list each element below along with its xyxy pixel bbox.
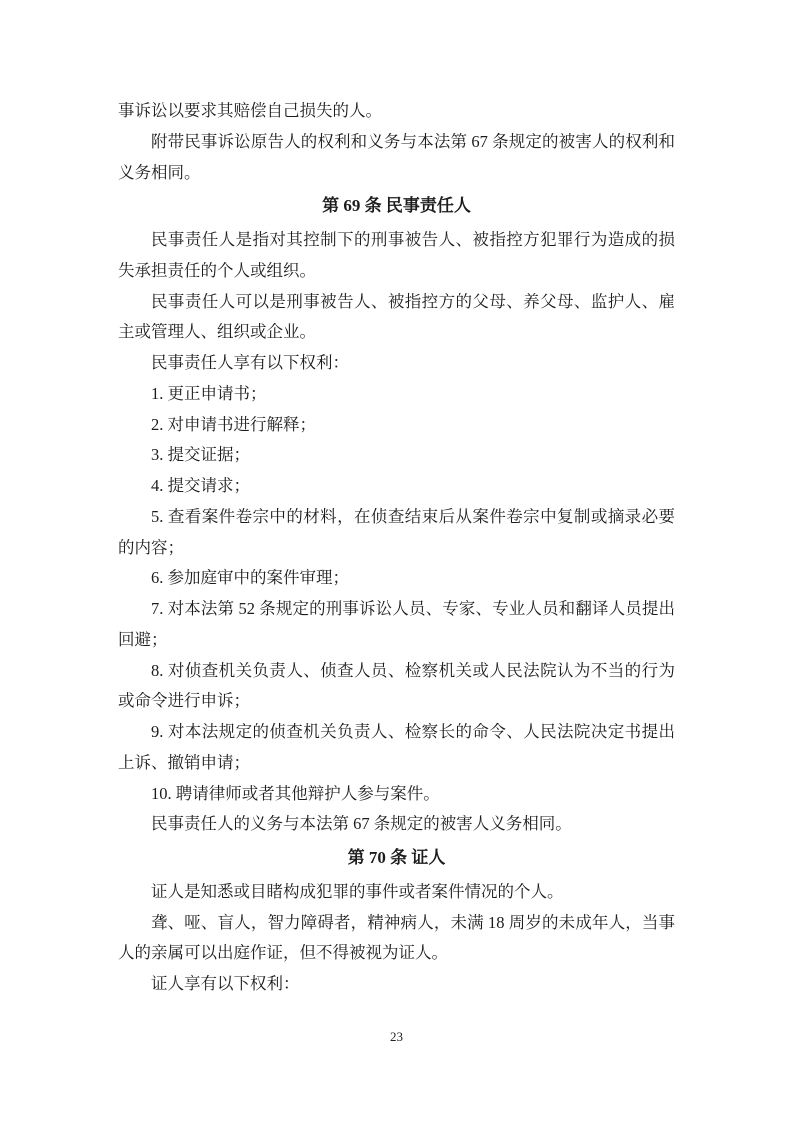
document-body: 事诉讼以要求其赔偿自己损失的人。 附带民事诉讼原告人的权利和义务与本法第 67 … bbox=[118, 96, 675, 1000]
document-page: 事诉讼以要求其赔偿自己损失的人。 附带民事诉讼原告人的权利和义务与本法第 67 … bbox=[0, 0, 793, 1122]
paragraph: 证人是知悉或目睹构成犯罪的事件或者案件情况的个人。 bbox=[118, 877, 675, 908]
paragraph: 民事责任人可以是刑事被告人、被指控方的父母、养父母、监护人、雇主或管理人、组织或… bbox=[118, 287, 675, 349]
list-item: 5. 查看案件卷宗中的材料，在侦查结束后从案件卷宗中复制或摘录必要的内容； bbox=[118, 502, 675, 564]
page-number: 23 bbox=[0, 1028, 793, 1046]
article-69-heading: 第 69 条 民事责任人 bbox=[118, 191, 675, 222]
list-item: 1. 更正申请书； bbox=[118, 379, 675, 410]
list-item: 9. 对本法规定的侦查机关负责人、检察长的命令、人民法院决定书提出上诉、撤销申请… bbox=[118, 717, 675, 779]
list-item: 2. 对申请书进行解释； bbox=[118, 410, 675, 441]
paragraph: 民事责任人享有以下权利： bbox=[118, 348, 675, 379]
paragraph: 民事责任人的义务与本法第 67 条规定的被害人义务相同。 bbox=[118, 809, 675, 840]
paragraph: 民事责任人是指对其控制下的刑事被告人、被指控方犯罪行为造成的损失承担责任的个人或… bbox=[118, 225, 675, 287]
list-item: 4. 提交请求； bbox=[118, 471, 675, 502]
list-item: 6. 参加庭审中的案件审理； bbox=[118, 563, 675, 594]
paragraph: 证人享有以下权利： bbox=[118, 969, 675, 1000]
list-item: 10. 聘请律师或者其他辩护人参与案件。 bbox=[118, 779, 675, 810]
list-item: 8. 对侦查机关负责人、侦查人员、检察机关或人民法院认为不当的行为或命令进行申诉… bbox=[118, 656, 675, 718]
paragraph: 附带民事诉讼原告人的权利和义务与本法第 67 条规定的被害人的权利和义务相同。 bbox=[118, 127, 675, 189]
article-70-heading: 第 70 条 证人 bbox=[118, 843, 675, 874]
list-item: 7. 对本法第 52 条规定的刑事诉讼人员、专家、专业人员和翻译人员提出回避； bbox=[118, 594, 675, 656]
paragraph-continuation: 事诉讼以要求其赔偿自己损失的人。 bbox=[118, 96, 675, 127]
paragraph: 聋、哑、盲人，智力障碍者，精神病人，未满 18 周岁的未成年人，当事人的亲属可以… bbox=[118, 908, 675, 970]
list-item: 3. 提交证据； bbox=[118, 440, 675, 471]
